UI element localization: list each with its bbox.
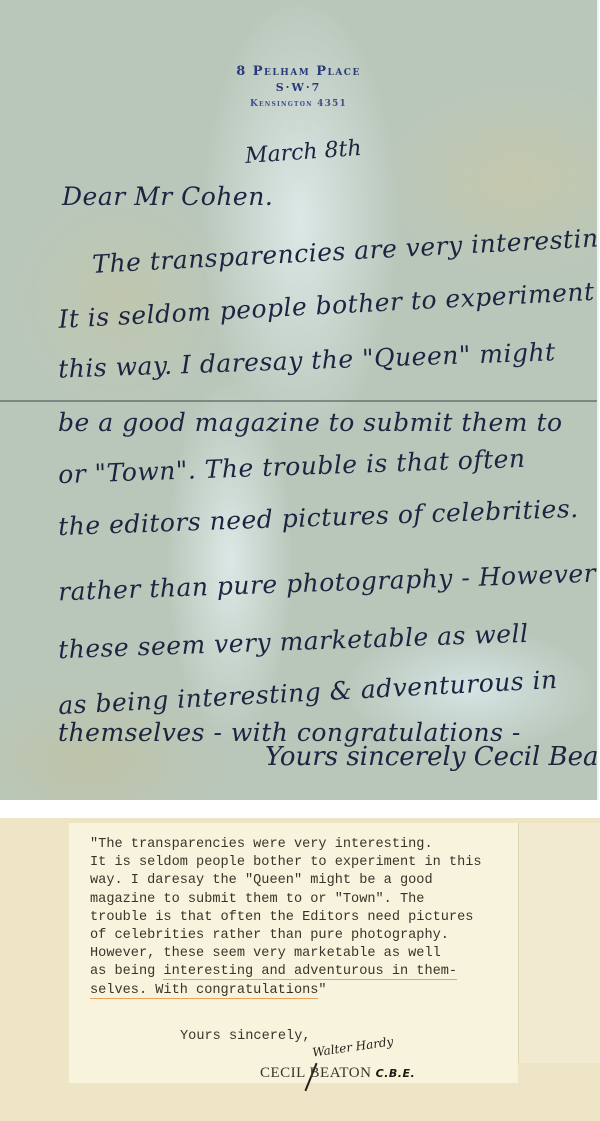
honours-initials: C.B.E. [376,1067,416,1080]
transcription-line: way. I daresay the "Queen" might be a go… [90,872,510,890]
transcription-line: It is seldom people bother to experiment… [90,854,510,872]
letter-line: the editors need pictures of celebrities… [58,494,579,541]
letter-line: as being interesting & adventurous in [58,665,559,720]
handwritten-letter: 8 Pelham Place S·W·7 Kensington 4351 Mar… [0,0,599,800]
underlined-phrase: selves. With congratulations [90,983,318,999]
typed-name: CECIL BEATON [260,1065,371,1081]
transcription-line: "The transparencies were very interestin… [90,836,510,854]
closing-salutation: Yours sincerely, [180,1029,311,1044]
transcription-line: However, these seem very marketable as w… [90,945,510,963]
transcription-line: trouble is that often the Editors need p… [90,909,510,927]
transcription-text: "The transparencies were very interestin… [90,836,510,1000]
letter-signature: Yours sincerely Cecil Beaton [265,742,600,772]
letter-date: March 8th [244,136,362,169]
underlined-phrase: interesting and adventurous in them- [163,964,457,980]
letterhead-address: 8 Pelham Place [0,64,597,79]
line-prefix: as being [90,964,163,979]
fold-crease [0,400,597,402]
card-edge-strip [518,823,600,1063]
letter-line: rather than pure photography - However [58,559,597,607]
letter-line: The transparencies are very interesting. [92,222,600,279]
transcription-line: magazine to submit them to or "Town". Th… [90,891,510,909]
letter-line: these seem very marketable as well [58,619,529,664]
letterhead-telephone: Kensington 4351 [0,99,597,109]
letter-line: be a good magazine to submit them to [58,408,563,437]
letter-line: this way. I daresay the "Queen" might [58,337,556,383]
transcription-line: of celebrities rather than pure photogra… [90,927,510,945]
closing-quote: " [318,983,326,998]
letterhead-postcode: S·W·7 [0,81,597,94]
letter-line: or "Town". The trouble is that often [58,444,526,489]
salutation: Dear Mr Cohen. [62,182,273,211]
typed-signature: CECIL BEATON C.B.E. [260,1065,415,1082]
transcription-line: as being interesting and adventurous in … [90,963,510,981]
letter-line: It is seldom people bother to experiment… [58,275,600,334]
transcription-line: selves. With congratulations" [90,982,510,1000]
